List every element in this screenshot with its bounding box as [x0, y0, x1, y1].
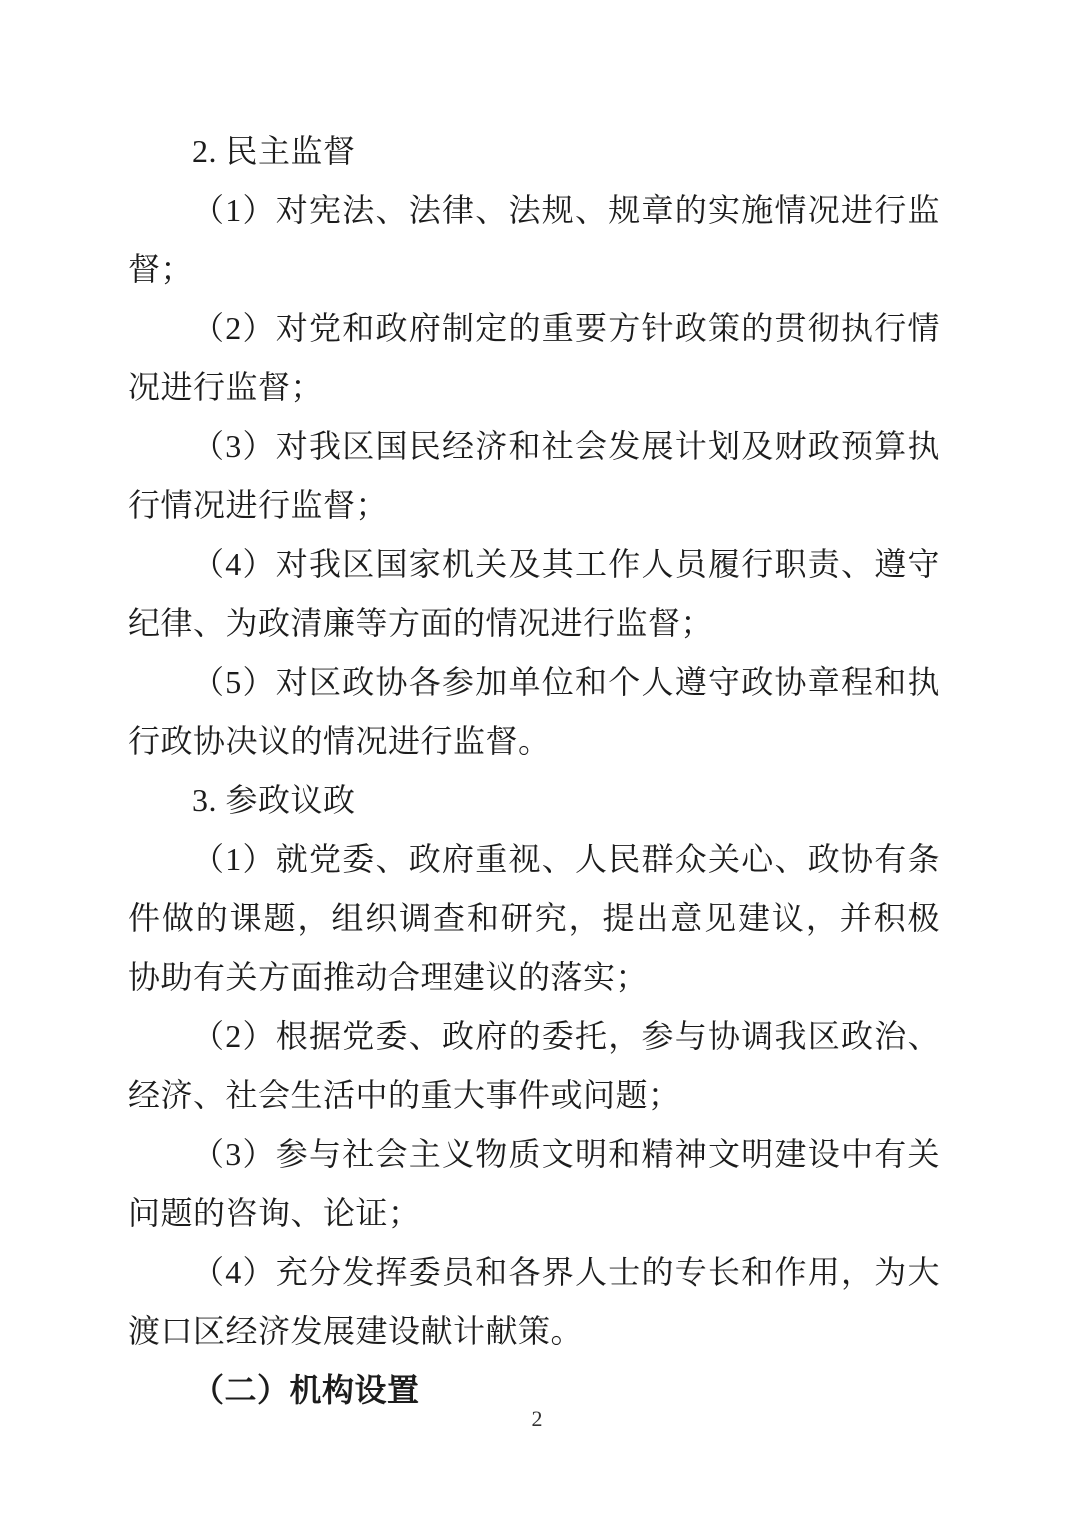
paragraph-supervision-2: （2）对党和政府制定的重要方针政策的贯彻执行情况进行监督； [128, 299, 940, 417]
paragraph-item-2: 2. 民主监督 [128, 122, 940, 181]
document-page: 2. 民主监督 （1）对宪法、法律、法规、规章的实施情况进行监督； （2）对党和… [0, 0, 1074, 1520]
paragraph-supervision-4: （4）对我区国家机关及其工作人员履行职责、遵守纪律、为政清廉等方面的情况进行监督… [128, 535, 940, 653]
paragraph-participation-4: （4）充分发挥委员和各界人士的专长和作用，为大渡口区经济发展建设献计献策。 [128, 1243, 940, 1361]
paragraph-participation-3: （3）参与社会主义物质文明和精神文明建设中有关问题的咨询、论证； [128, 1125, 940, 1243]
page-number: 2 [0, 1406, 1074, 1432]
paragraph-participation-2: （2）根据党委、政府的委托，参与协调我区政治、经济、社会生活中的重大事件或问题； [128, 1007, 940, 1125]
paragraph-supervision-1: （1）对宪法、法律、法规、规章的实施情况进行监督； [128, 181, 940, 299]
document-body: 2. 民主监督 （1）对宪法、法律、法规、规章的实施情况进行监督； （2）对党和… [128, 122, 940, 1420]
paragraph-supervision-3: （3）对我区国民经济和社会发展计划及财政预算执行情况进行监督； [128, 417, 940, 535]
paragraph-item-3: 3. 参政议政 [128, 771, 940, 830]
paragraph-supervision-5: （5）对区政协各参加单位和个人遵守政协章程和执行政协决议的情况进行监督。 [128, 653, 940, 771]
paragraph-participation-1: （1）就党委、政府重视、人民群众关心、政协有条件做的课题，组织调查和研究，提出意… [128, 830, 940, 1007]
